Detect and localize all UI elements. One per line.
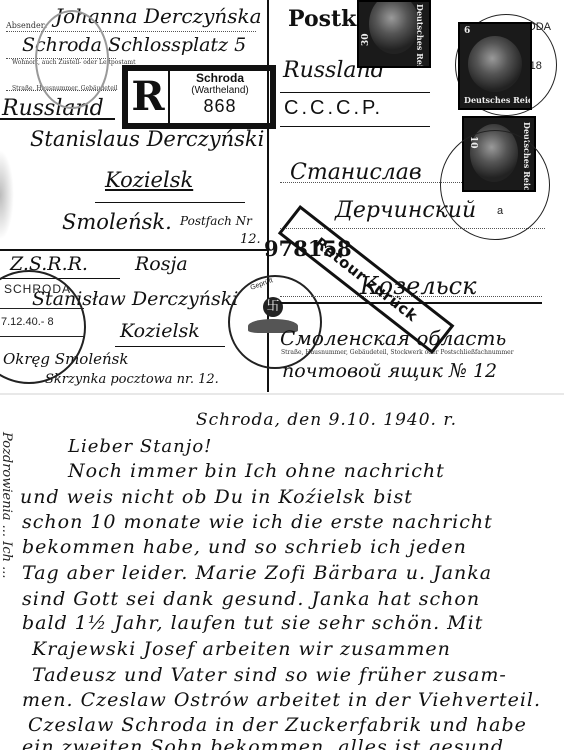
divider	[0, 249, 268, 251]
faint-postmark	[35, 10, 109, 109]
censor-eagle-text: Geprüft	[250, 277, 274, 292]
letter-line: bald 1½ Jahr, laufen tut sie sehr schön.…	[22, 612, 483, 634]
registration-label: R Schroda (Wartheland) 868	[122, 65, 276, 129]
recipient-postbox-german: Postfach Nr	[180, 214, 252, 228]
recipient-ussr: С.С.С.Р.	[284, 97, 383, 120]
recipient-country-polish: Rosja	[135, 253, 188, 275]
postcard-front: Absender: Johanna Derczyńska Schroda Sch…	[0, 0, 564, 395]
divider	[280, 92, 430, 93]
letter-line: schon 10 monate wie ich die erste nachri…	[22, 511, 493, 533]
postage-stamp-6: 6 Deutsches Reich	[458, 22, 532, 110]
postmark-date: 7.12.40.- 8	[1, 316, 54, 328]
letter-line: bekommen habe, und so schrieb ich jeden	[22, 536, 467, 558]
letter-dateline: Schroda, den 9.10. 1940. r.	[196, 410, 457, 430]
divider	[115, 346, 225, 347]
recipient-postbox-polish: Skrzynka pocztowa nr. 12.	[45, 372, 219, 387]
recipient-name-german: Stanislaus Derczyński	[30, 127, 264, 151]
recipient-hint-russian: Straße, Hausnummer, Gebäudeteil, Stockwe…	[281, 349, 514, 356]
postage-stamp-30: 30 Deutsches Reich	[357, 0, 431, 68]
card-edge	[0, 393, 564, 395]
paper-stain	[0, 150, 14, 240]
letter-line: men. Czeslaw Ostrów arbeitet in der Vieh…	[22, 689, 541, 711]
divider	[0, 118, 115, 120]
recipient-region-german: Smoleńsk.	[62, 210, 172, 234]
registration-letter: R	[128, 71, 168, 123]
stamp-denomination: 6	[464, 26, 470, 36]
sender-label: Absender:	[6, 21, 47, 30]
letter-line: Tag aber leider. Marie Zofi Bärbara u. J…	[22, 562, 492, 584]
hindenburg-portrait-icon	[369, 0, 419, 54]
hindenburg-portrait-icon	[468, 36, 522, 92]
divider	[280, 126, 430, 127]
letter-line: Czeslaw Schroda in der Zuckerfabrik und …	[28, 714, 527, 736]
stamp-caption: Deutsches Reich	[464, 95, 532, 105]
postmark-town: SCHRODA	[4, 282, 71, 296]
letter-line: und weis nicht ob Du in Koźielsk bist	[20, 486, 413, 508]
postmark-lower-right: a	[440, 130, 550, 240]
registration-town: Schroda	[170, 72, 270, 85]
registration-number: 868	[170, 96, 270, 116]
letter-greeting: Lieber Stanjo!	[68, 436, 212, 457]
swastika-emblem-icon: 卐	[263, 297, 283, 317]
stamp-caption: Deutsches Reich	[415, 4, 425, 68]
letter-line: ein zweiten Sohn bekommen, alles ist ges…	[22, 736, 504, 750]
letter-line: Krajewski Josef arbeiten wir zusammen	[32, 638, 451, 660]
handwritten-letter: Pozdrowienia ... Ich ... Schroda, den 9.…	[0, 398, 564, 750]
divider	[95, 202, 245, 203]
recipient-postbox-russian: почтовой ящик № 12	[282, 360, 497, 382]
recipient-postbox-number-german: 12.	[240, 232, 261, 247]
recipient-region-russian: Смоленская область	[280, 326, 506, 350]
recipient-town-polish: Kozielsk	[120, 320, 200, 342]
recipient-town-german: Kozielsk	[105, 168, 193, 192]
stamp-denomination: 30	[361, 33, 371, 46]
letter-line: Tadeusz und Vater sind so wie früher zus…	[32, 664, 507, 686]
margin-note: Pozdrowienia ... Ich ...	[0, 432, 14, 732]
registration-region: (Wartheland)	[170, 85, 270, 96]
letter-line: sind Gott sei dank gesund. Janka hat sch…	[22, 588, 480, 610]
postmark-suffix: a	[497, 205, 503, 217]
letter-line: Noch immer bin Ich ohne nachricht	[68, 460, 445, 482]
registration-info: Schroda (Wartheland) 868	[170, 71, 270, 123]
